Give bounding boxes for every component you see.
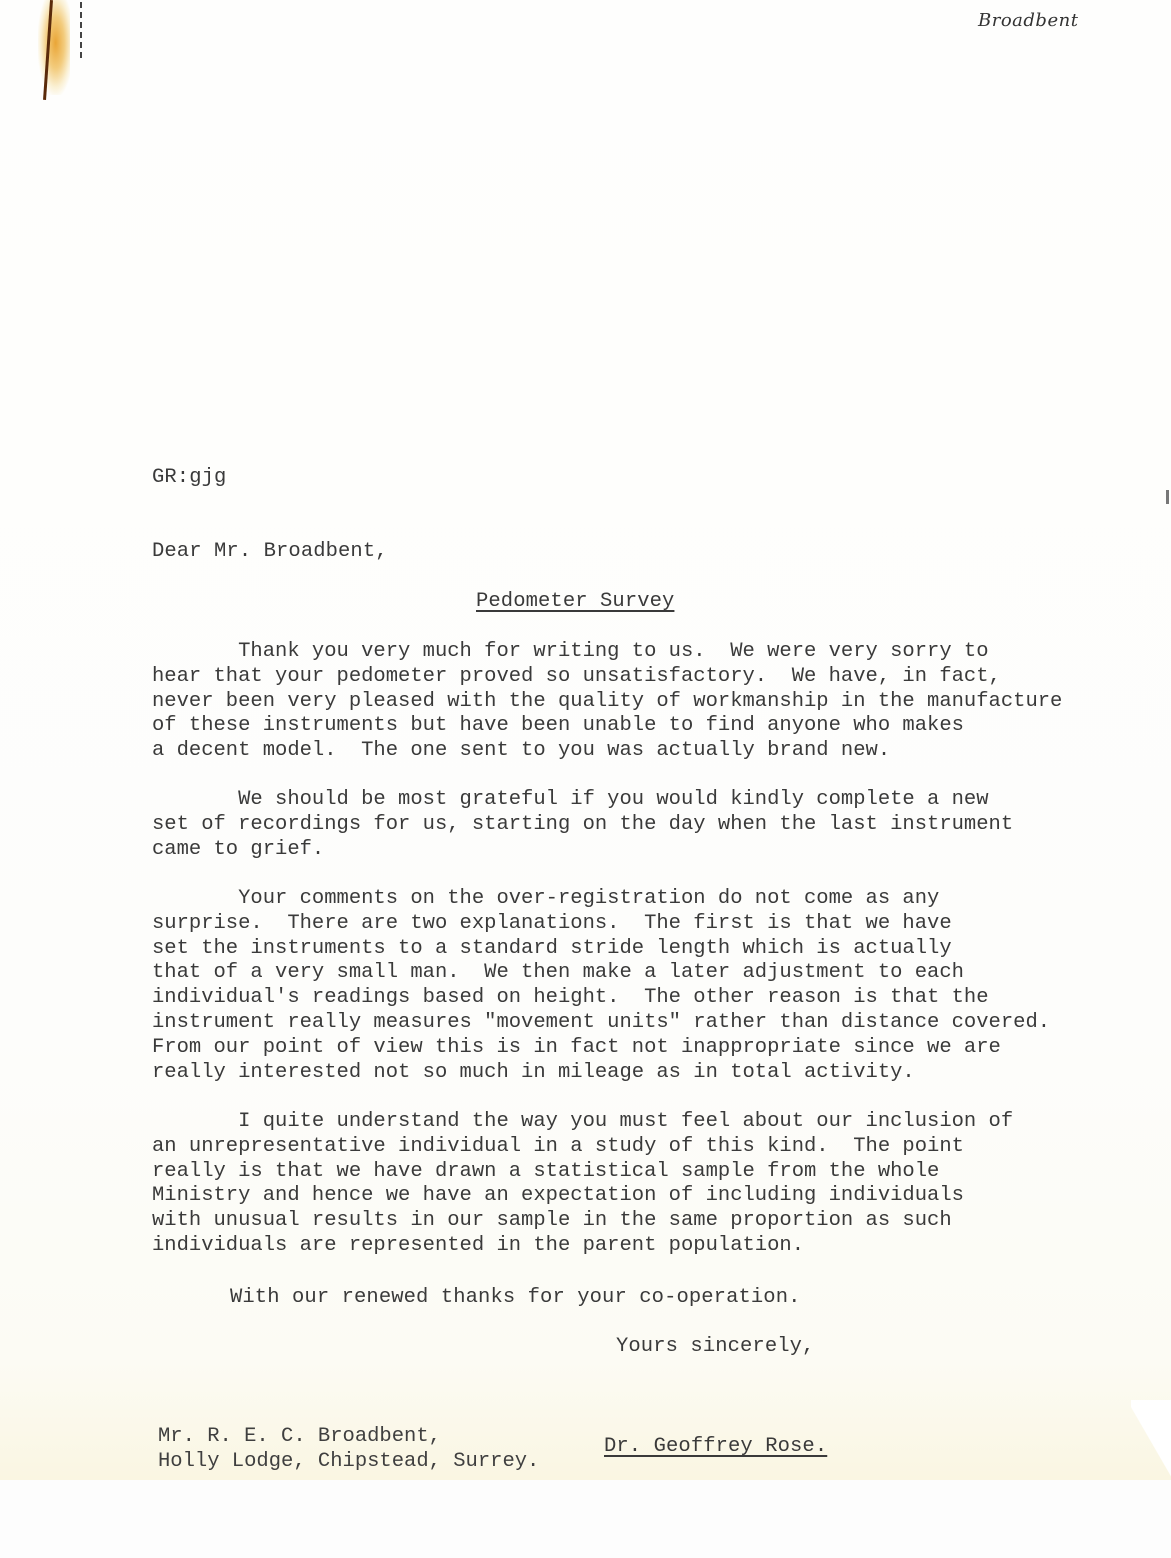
signature: Dr. Geoffrey Rose.: [604, 1435, 827, 1458]
paragraph-line: From our point of view this is in fact n…: [152, 1036, 1050, 1061]
paragraph-line: Your comments on the over-registration d…: [152, 887, 1050, 912]
scan-background: [0, 1480, 1171, 1558]
paragraph-line: a decent model. The one sent to you was …: [152, 739, 1062, 764]
paragraph-line: really interested not so much in mileage…: [152, 1061, 1050, 1086]
paragraph-line: of these instruments but have been unabl…: [152, 714, 1062, 739]
subject-heading: Pedometer Survey: [476, 590, 674, 613]
paragraph-line: that of a very small man. We then make a…: [152, 961, 1050, 986]
paragraph-1: Thank you very much for writing to us. W…: [152, 640, 1062, 764]
paragraph-line: came to grief.: [152, 838, 1013, 863]
page-corner: [1131, 1400, 1171, 1485]
paragraph-3: Your comments on the over-registration d…: [152, 887, 1050, 1085]
paragraph-line: instrument really measures "movement uni…: [152, 1011, 1050, 1036]
paragraph-line: We should be most grateful if you would …: [152, 788, 1013, 813]
addressee-line: Holly Lodge, Chipstead, Surrey.: [158, 1449, 539, 1474]
closing-line: With our renewed thanks for your co-oper…: [230, 1286, 801, 1309]
handwritten-annotation: Broadbent: [978, 10, 1078, 31]
letter-page: Broadbent GR:gjg Dear Mr. Broadbent, Ped…: [0, 0, 1171, 1480]
reference-code: GR:gjg: [152, 466, 226, 489]
addressee-block: Mr. R. E. C. Broadbent, Holly Lodge, Chi…: [158, 1424, 539, 1474]
paragraph-line: an unrepresentative individual in a stud…: [152, 1135, 1013, 1160]
addressee-line: Mr. R. E. C. Broadbent,: [158, 1424, 539, 1449]
paragraph-2: We should be most grateful if you would …: [152, 788, 1013, 862]
paragraph-line: never been very pleased with the quality…: [152, 690, 1062, 715]
paragraph-line: surprise. There are two explanations. Th…: [152, 912, 1050, 937]
paragraph-line: set of recordings for us, starting on th…: [152, 813, 1013, 838]
paragraph-line: Ministry and hence we have an expectatio…: [152, 1184, 1013, 1209]
paragraph-line: really is that we have drawn a statistic…: [152, 1160, 1013, 1185]
edge-mark: [1166, 490, 1169, 504]
rust-stain: [38, 0, 70, 95]
paragraph-line: with unusual results in our sample in th…: [152, 1209, 1013, 1234]
salutation: Dear Mr. Broadbent,: [152, 540, 388, 563]
paragraph-line: Thank you very much for writing to us. W…: [152, 640, 1062, 665]
punch-mark: [80, 2, 82, 62]
paragraph-4: I quite understand the way you must feel…: [152, 1110, 1013, 1259]
paragraph-line: individuals are represented in the paren…: [152, 1234, 1013, 1259]
paragraph-line: hear that your pedometer proved so unsat…: [152, 665, 1062, 690]
paragraph-line: set the instruments to a standard stride…: [152, 937, 1050, 962]
paragraph-line: I quite understand the way you must feel…: [152, 1110, 1013, 1135]
paragraph-line: individual's readings based on height. T…: [152, 986, 1050, 1011]
sign-off: Yours sincerely,: [616, 1335, 814, 1358]
